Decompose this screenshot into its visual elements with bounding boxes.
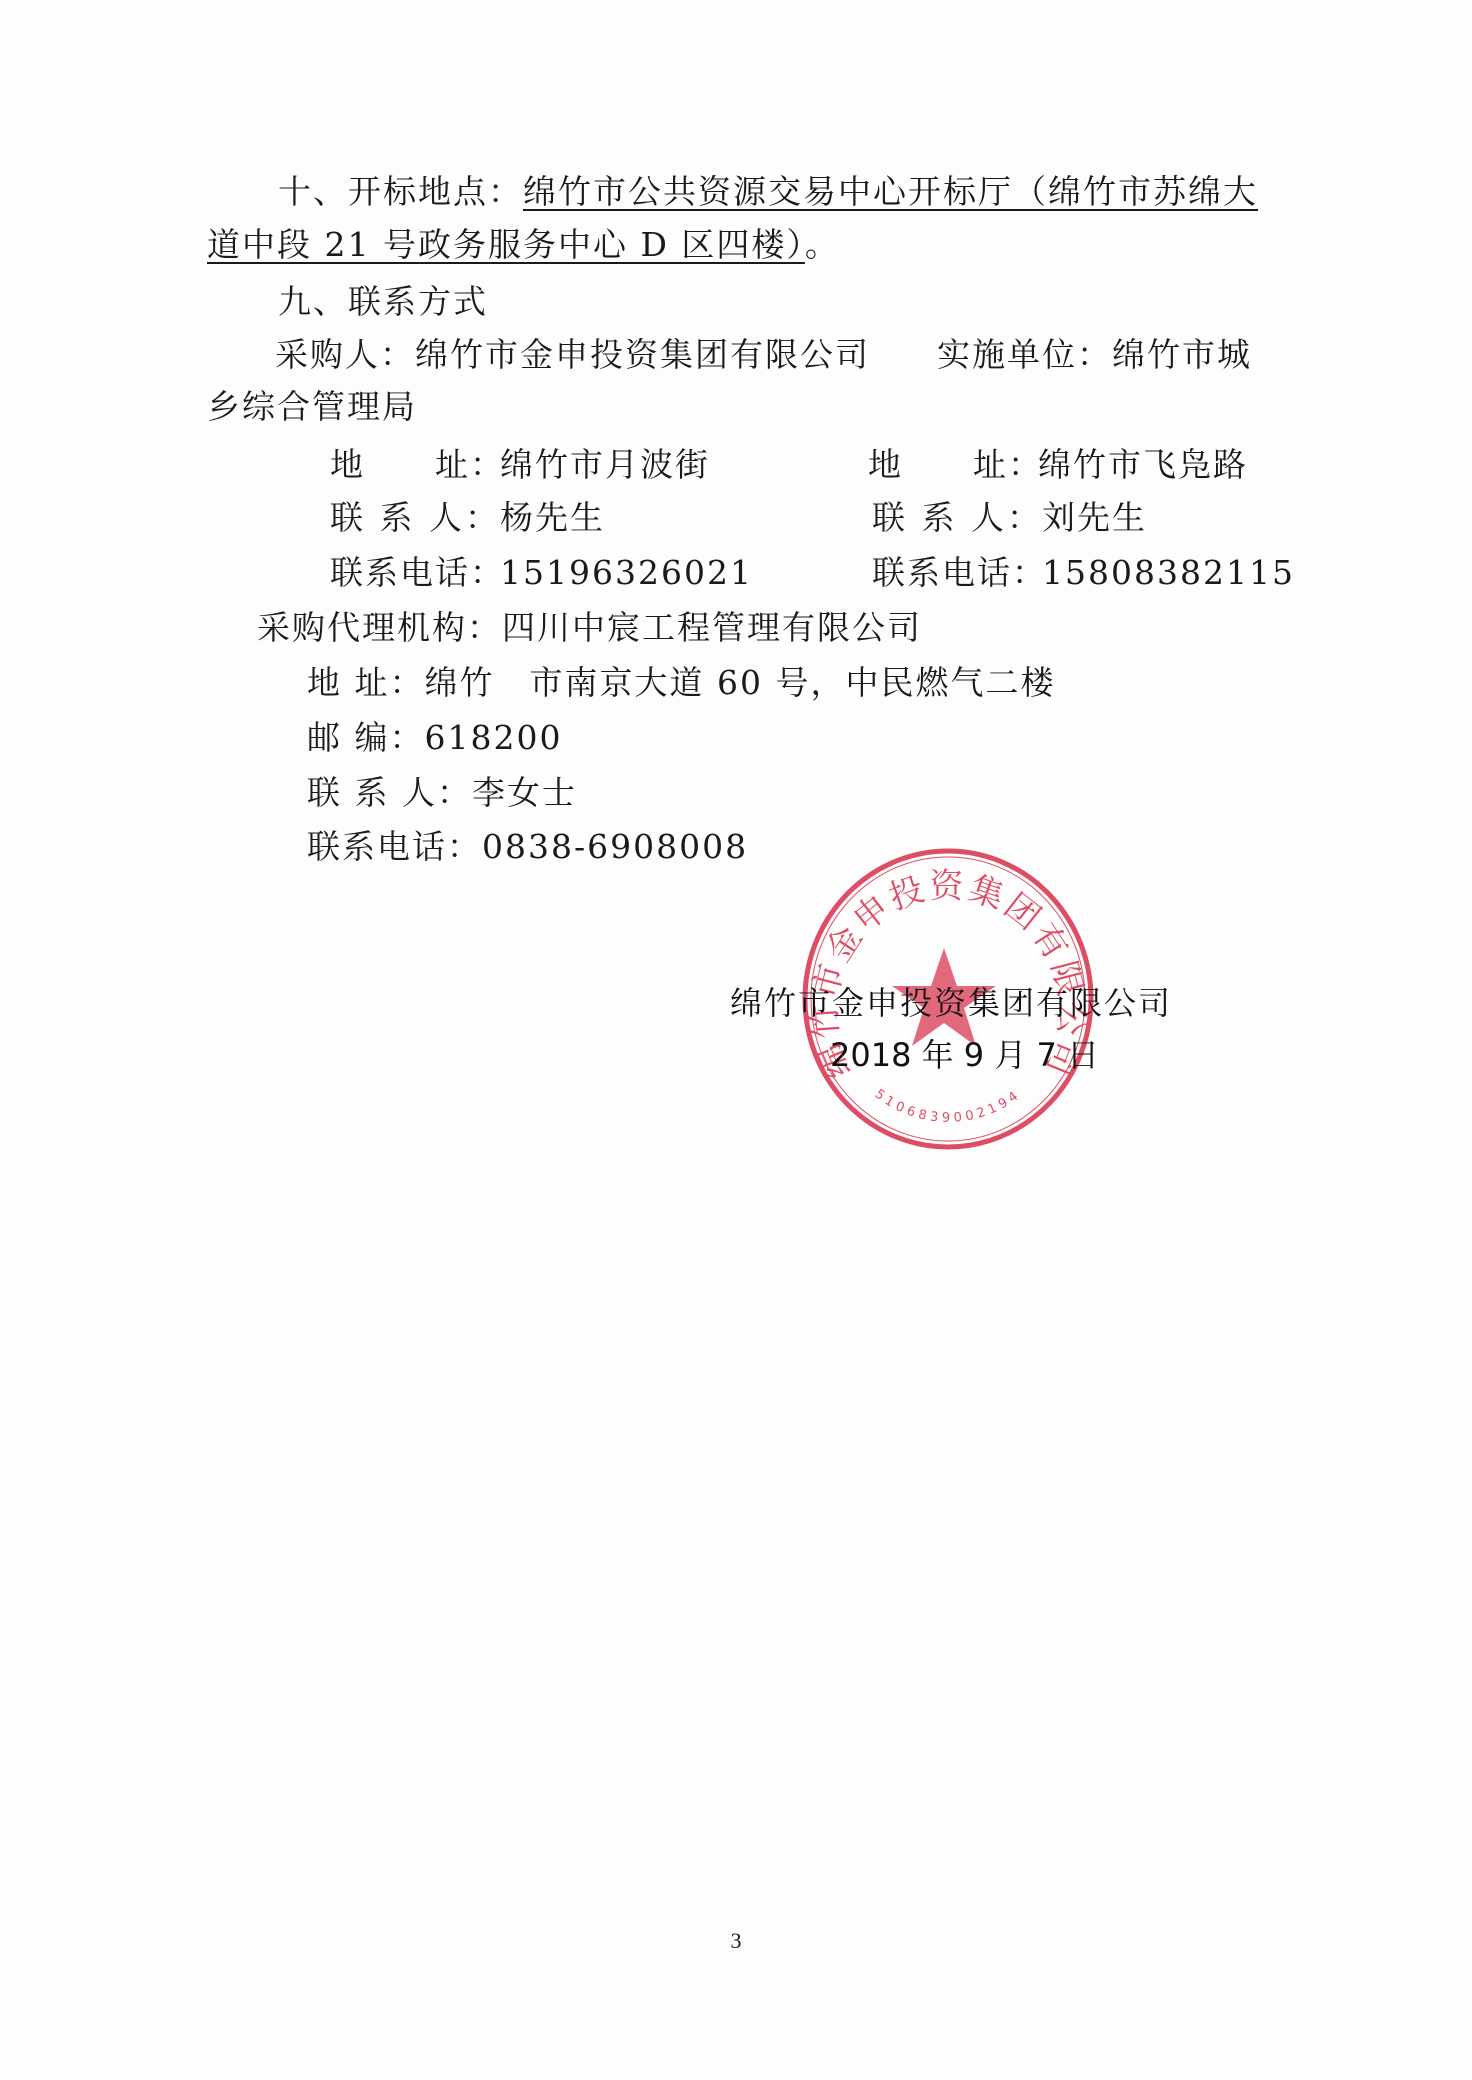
agency-label: 采购代理机构： [257, 608, 502, 647]
document-page: 十、开标地点：绵竹市公共资源交易中心开标厅（绵竹市苏绵大 道中段 21 号政务服… [0, 0, 1472, 2080]
purchaser-phone: 15196326021 [500, 553, 753, 592]
implementer-person: 刘先生 [1042, 498, 1147, 537]
section-10-heading: 十、开标地点： [278, 172, 523, 211]
agency-name: 四川中宸工程管理有限公司 [502, 608, 922, 647]
agency-postcode: 618200 [425, 718, 563, 757]
implementer-phone: 15808382115 [1042, 553, 1295, 592]
purchaser-line: 采购人：绵竹市金申投资集团有限公司 [275, 335, 870, 375]
address-label: 地 址： [868, 445, 1038, 485]
implementer-name-part-2: 乡综合管理局 [207, 387, 417, 427]
purchaser-phone-row: 联系电话：15196326021 [330, 553, 753, 593]
page-number: 3 [0, 1928, 1472, 1954]
agency-address: 绵竹 市南京大道 60 号，中民燃气二楼 [425, 663, 1056, 702]
agency-phone-row: 联系电话：0838-6908008 [307, 827, 748, 867]
purchaser-person: 杨先生 [500, 498, 605, 537]
phone-label: 联系电话： [872, 553, 1042, 593]
implementer-name-part-1: 绵竹市城 [1112, 335, 1252, 374]
phone-label: 联系电话： [330, 553, 500, 593]
implementer-address: 绵竹市飞凫路 [1038, 445, 1248, 484]
seal-code-text: 5106839002194 [872, 1087, 1024, 1126]
implementer-address-row: 地 址：绵竹市飞凫路 [868, 445, 1248, 485]
agency-phone: 0838-6908008 [482, 827, 748, 866]
postcode-label: 邮 编： [307, 718, 425, 757]
purchaser-name: 绵竹市金申投资集团有限公司 [415, 335, 870, 374]
person-label: 联 系 人： [330, 498, 500, 538]
purchaser-address: 绵竹市月波街 [500, 445, 710, 484]
section-10-line-2: 道中段 21 号政务服务中心 D 区四楼）。 [207, 225, 840, 265]
address-label: 地 址： [307, 663, 425, 702]
bid-location-part-1: 绵竹市公共资源交易中心开标厅（绵竹市苏绵大 [523, 172, 1258, 211]
period: 。 [805, 225, 840, 264]
address-label: 地 址： [330, 445, 500, 485]
section-10-line-1: 十、开标地点：绵竹市公共资源交易中心开标厅（绵竹市苏绵大 [278, 172, 1258, 212]
agency-address-row: 地 址：绵竹 市南京大道 60 号，中民燃气二楼 [307, 663, 1055, 703]
implementer-person-row: 联 系 人：刘先生 [872, 498, 1147, 538]
person-label: 联 系 人： [872, 498, 1042, 538]
agency-line: 采购代理机构：四川中宸工程管理有限公司 [257, 608, 922, 648]
section-9-heading: 九、联系方式 [278, 282, 488, 322]
signature-date: 2018 年 9 月 7 日 [830, 1035, 1099, 1075]
purchaser-person-row: 联 系 人：杨先生 [330, 498, 605, 538]
implementer-line: 实施单位：绵竹市城 [937, 335, 1252, 375]
purchaser-address-row: 地 址：绵竹市月波街 [330, 445, 710, 485]
agency-person: 李女士 [472, 773, 577, 812]
person-label: 联 系 人： [307, 773, 472, 812]
agency-postcode-row: 邮 编：618200 [307, 718, 562, 758]
signature-company: 绵竹市金申投资集团有限公司 [730, 983, 1172, 1023]
purchaser-label: 采购人： [275, 335, 415, 374]
phone-label: 联系电话： [307, 827, 482, 866]
bid-location-part-2: 道中段 21 号政务服务中心 D 区四楼） [207, 225, 805, 264]
agency-person-row: 联 系 人：李女士 [307, 773, 577, 813]
implementer-phone-row: 联系电话：15808382115 [872, 553, 1295, 593]
implementer-label: 实施单位： [937, 335, 1112, 374]
